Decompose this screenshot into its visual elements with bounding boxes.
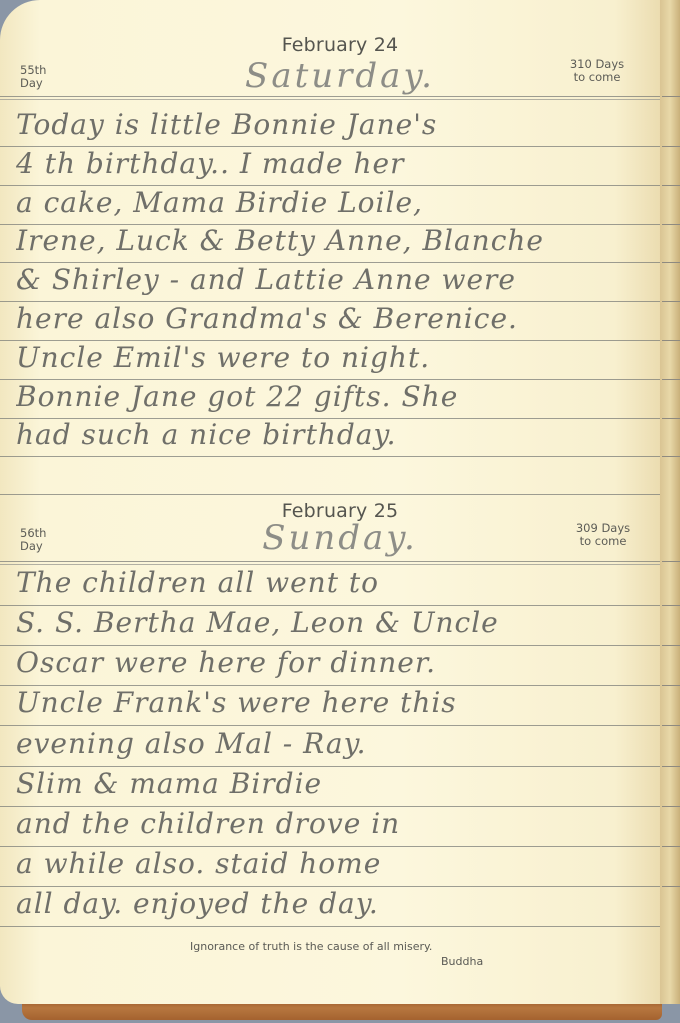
adjacent-rule	[662, 685, 680, 686]
handwritten-line: Irene, Luck & Betty Anne, Blanche	[16, 224, 656, 257]
adjacent-rule	[662, 340, 680, 341]
adjacent-page-edge	[660, 0, 680, 1004]
handwritten-line: a while also. staid home	[16, 847, 656, 880]
ruled-line	[0, 494, 660, 495]
footer-quote: Ignorance of truth is the cause of all m…	[190, 940, 432, 953]
ruled-line	[0, 725, 660, 726]
diary-page: February 24 55th Day 310 Days to come Sa…	[0, 0, 668, 1004]
handwritten-line: The children all went to	[16, 566, 656, 599]
adjacent-rule	[662, 262, 680, 263]
adjacent-rule	[662, 725, 680, 726]
handwritten-line: Bonnie Jane got 22 gifts. She	[16, 380, 656, 413]
adjacent-rule	[662, 224, 680, 225]
handwritten-line: Uncle Emil's were to night.	[16, 341, 656, 374]
handwritten-weekday: Sunday.	[0, 518, 668, 558]
handwritten-line: Slim & mama Birdie	[16, 767, 656, 800]
entry-date: February 24	[0, 34, 668, 56]
adjacent-rule	[662, 418, 680, 419]
ruled-line	[0, 926, 660, 927]
adjacent-rule	[662, 456, 680, 457]
handwritten-weekday: Saturday.	[0, 56, 668, 96]
adjacent-rule	[662, 301, 680, 302]
adjacent-rule	[662, 185, 680, 186]
adjacent-rule	[662, 645, 680, 646]
adjacent-rule	[662, 605, 680, 606]
ruled-line	[0, 456, 660, 457]
handwritten-line: Uncle Frank's were here this	[16, 686, 656, 719]
adjacent-rule	[662, 561, 680, 562]
header-rule	[0, 96, 660, 97]
footer-quote-author: Buddha	[441, 955, 483, 968]
handwritten-line: here also Grandma's & Berenice.	[16, 302, 656, 335]
header-rule	[0, 561, 660, 562]
adjacent-rule	[662, 146, 680, 147]
adjacent-rule	[662, 96, 680, 97]
handwritten-line: & Shirley - and Lattie Anne were	[16, 263, 656, 296]
handwritten-line: 4 th birthday.. I made her	[16, 147, 656, 180]
handwritten-line: Oscar were here for dinner.	[16, 646, 656, 679]
adjacent-rule	[662, 379, 680, 380]
handwritten-line: S. S. Bertha Mae, Leon & Uncle	[16, 606, 656, 639]
handwritten-line: Today is little Bonnie Jane's	[16, 108, 656, 141]
adjacent-rule	[662, 766, 680, 767]
handwritten-line: all day. enjoyed the day.	[16, 887, 656, 920]
handwritten-line: and the children drove in	[16, 807, 656, 840]
adjacent-rule	[662, 886, 680, 887]
adjacent-rule	[662, 846, 680, 847]
adjacent-rule	[662, 806, 680, 807]
handwritten-line: evening also Mal - Ray.	[16, 727, 656, 760]
handwritten-line: a cake, Mama Birdie Loile,	[16, 186, 656, 219]
handwritten-line: had such a nice birthday.	[16, 418, 656, 451]
